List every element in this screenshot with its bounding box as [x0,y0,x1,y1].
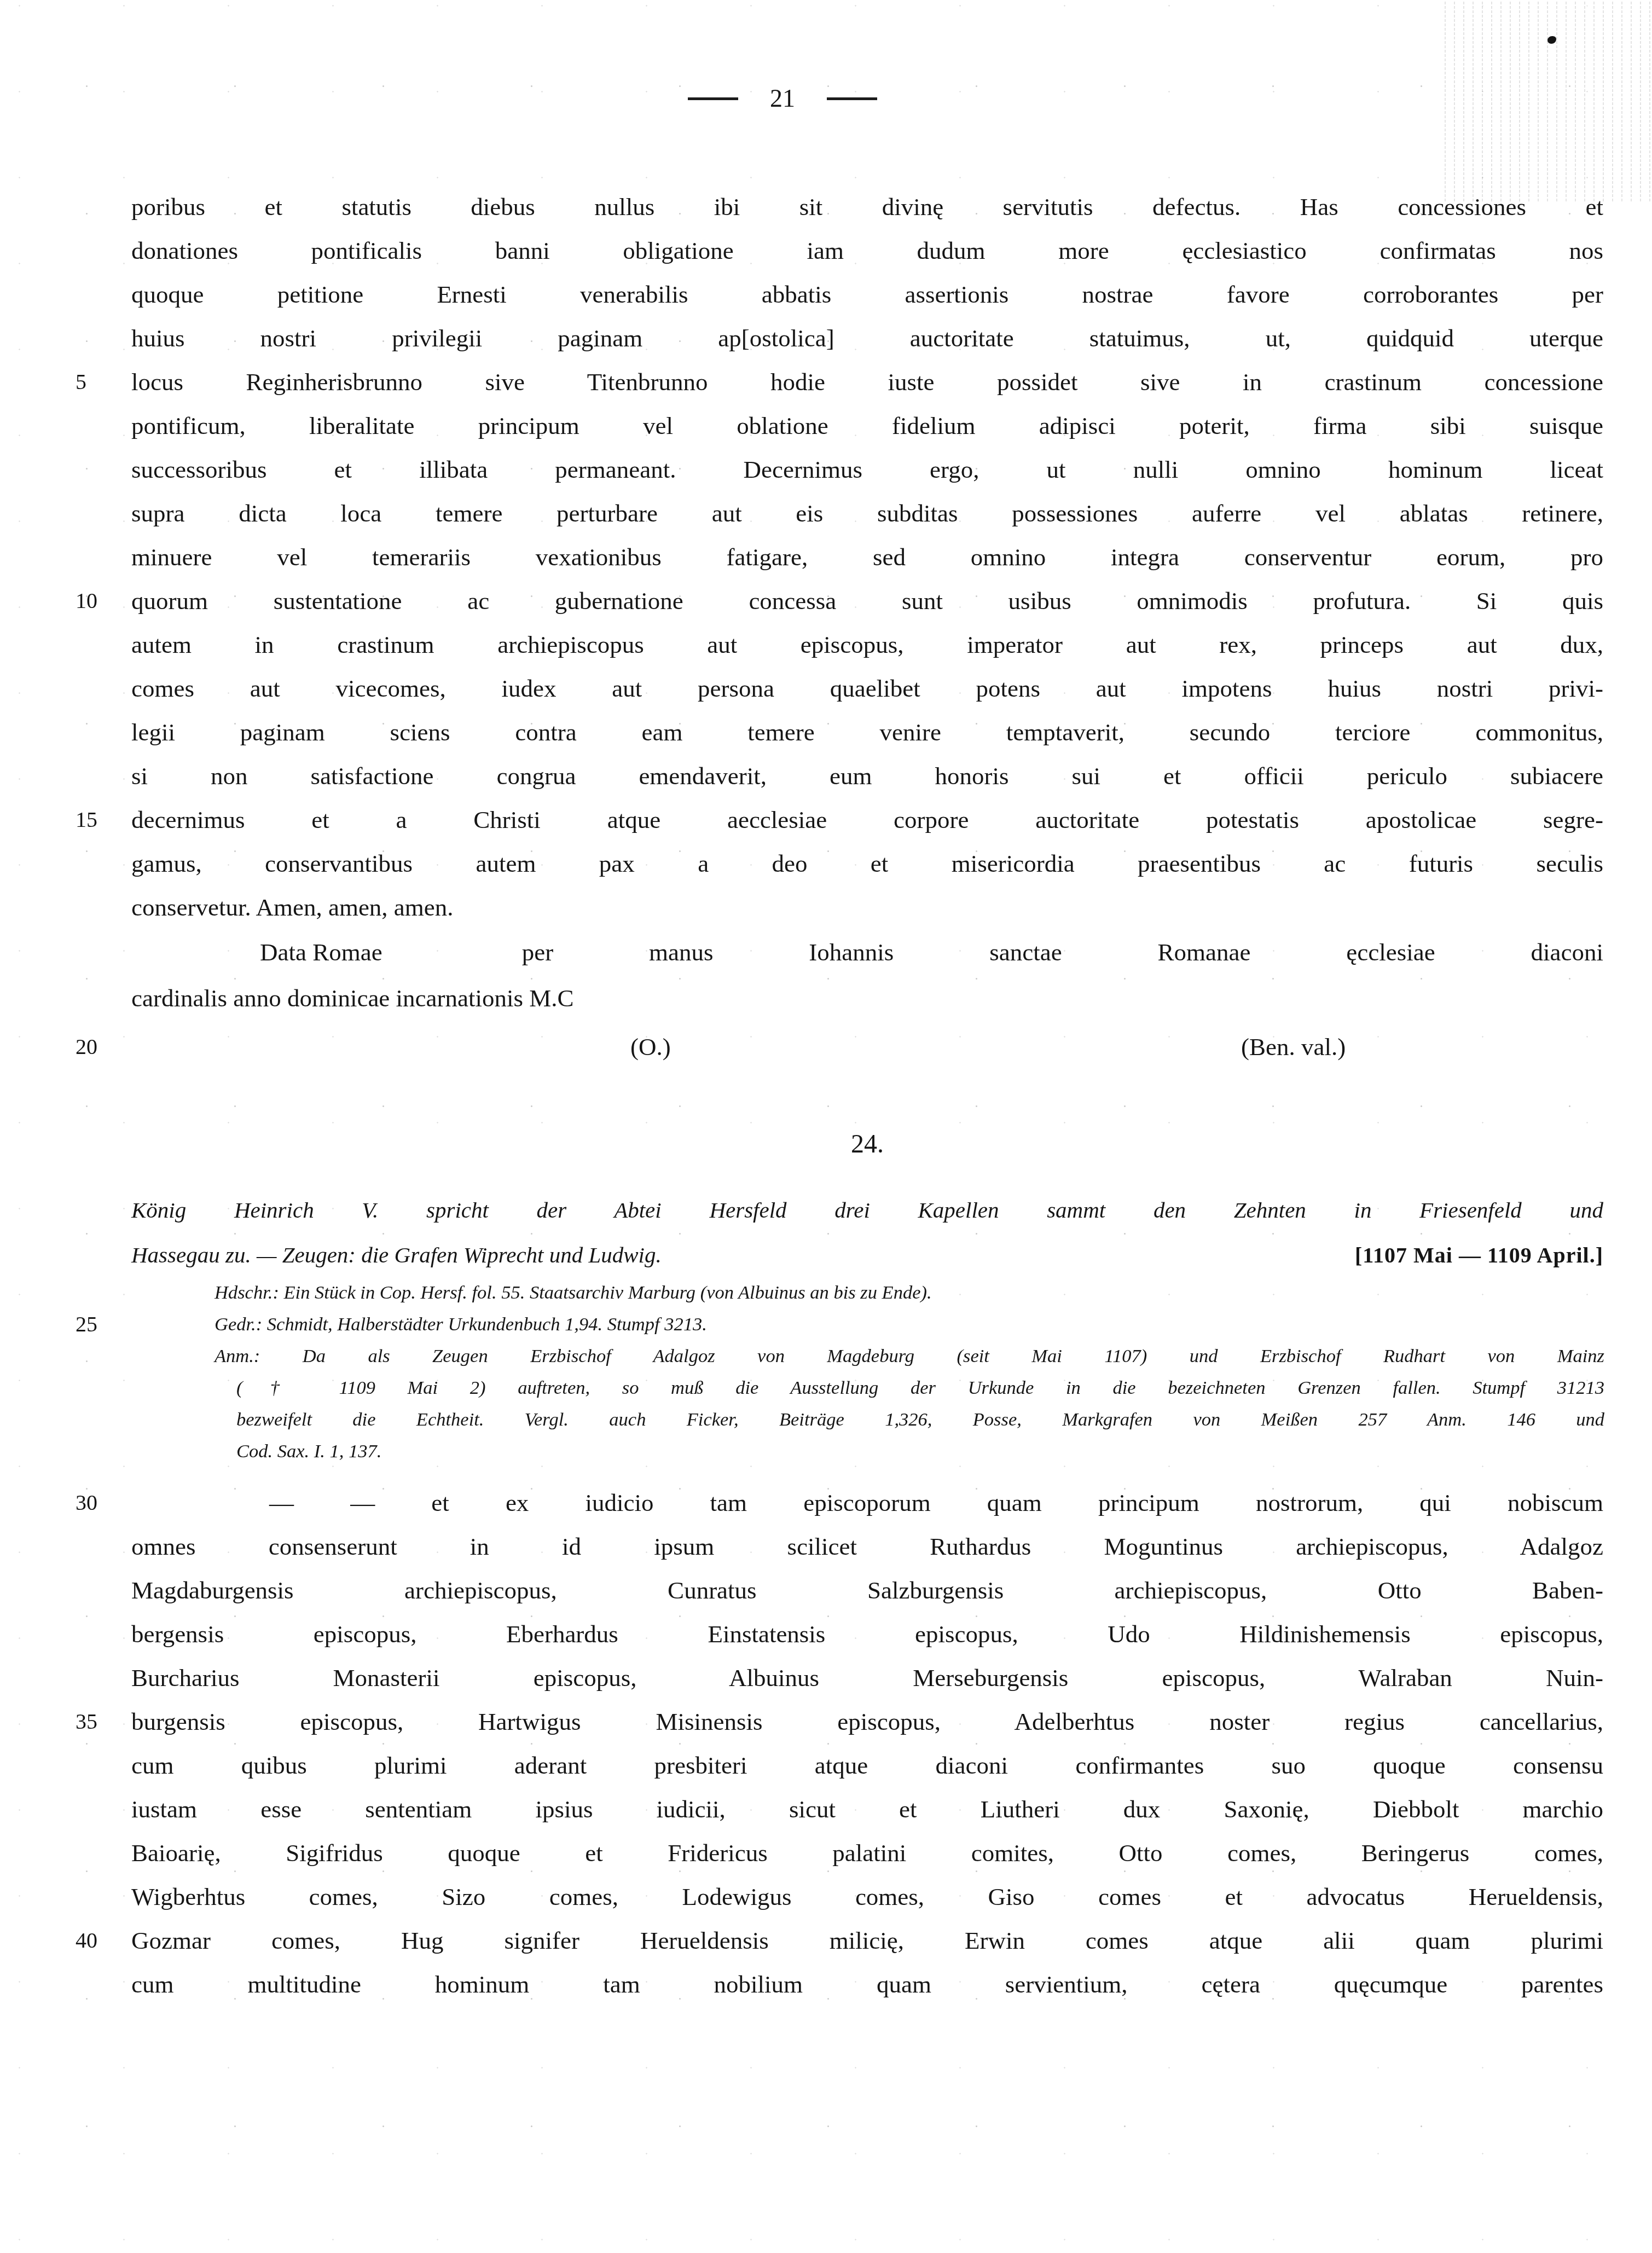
margin-line-number: 40 [76,1919,121,1962]
text-line: iustam esse sententiam ipsius iudicii, s… [131,1787,1603,1831]
line-text: cum multitudine hominum tam nobilium qua… [131,1971,1603,1998]
apparatus-line: Anm.: Da als Zeugen Erzbischof Adalgoz v… [215,1340,1604,1372]
datum-indent [131,929,260,975]
apparatus-line: 25 Gedr.: Schmidt, Halberstädter Urkunde… [215,1308,1604,1340]
line-text: poribus et statutis diebus nullus ibi si… [131,193,1603,221]
apparatus-line: bezweifelt die Echtheit. Vergl. auch Fic… [215,1404,1604,1435]
signature-line: 20 (O.) (Ben. val.) [131,1021,1603,1073]
margin-line-number: 35 [76,1700,121,1744]
datum-gap [382,929,522,975]
charter-24-regest: König Heinrich V. spricht der Abtei Hers… [131,1188,1603,1278]
apparatus-line: Hdschr.: Ein Stück in Cop. Hersf. fol. 5… [215,1277,1604,1308]
text-line: 10 quorum sustentatione ac gubernatione … [131,579,1603,623]
cardinalis-line: cardinalis anno dominicae incarnationis … [131,975,1603,1021]
bene-valete-mark: (Ben. val.) [1241,1021,1346,1073]
line-text: Gedr.: Schmidt, Halberstädter Urkundenbu… [215,1314,707,1335]
line-text: quorum sustentatione ac gubernatione con… [131,587,1603,615]
line-text: huius nostri privilegii paginam ap[ostol… [131,325,1603,352]
text-line: si non satisfactione congrua emendaverit… [131,754,1603,798]
text-line: huius nostri privilegii paginam ap[ostol… [131,316,1603,360]
text-line: Magdaburgensis archiepiscopus, Cunratus … [131,1568,1603,1612]
text-line: gamus, conservantibus autem pax a deo et… [131,842,1603,885]
scanned-book-page: 21 poribus et statutis diebus nullus ibi… [0,0,1652,2253]
header-rule-left [688,97,738,100]
charter-24-number: 24. [131,1121,1603,1168]
line-text: cum quibus plurimi aderant presbiteri at… [131,1752,1603,1779]
text-line: 40 Gozmar comes, Hug signifer Herueldens… [131,1919,1603,1962]
line-text: supra dicta loca temere perturbare aut e… [131,500,1603,527]
text-line: donationes pontificalis banni obligation… [131,229,1603,273]
margin-line-number: 5 [76,360,121,404]
text-line: quoque petitione Ernesti venerabilis abb… [131,273,1603,316]
margin-line-number: 15 [76,798,121,842]
header-rule-right [827,97,877,100]
text-line: comes aut vicecomes, iudex aut persona q… [131,667,1603,710]
regest-line: Hassegau zu. — Zeugen: die Grafen Wiprec… [131,1232,662,1277]
page-number: 21 [770,83,795,114]
line-text: iustam esse sententiam ipsius iudicii, s… [131,1796,1603,1823]
regest-line: König Heinrich V. spricht der Abtei Hers… [131,1188,1603,1232]
text-line: Baioarię, Sigifridus quoque et Fridericu… [131,1831,1603,1875]
line-text: Wigberhtus comes, Sizo comes, Lodewigus … [131,1883,1603,1910]
text-line: 35 burgensis episcopus, Hartwigus Misine… [131,1700,1603,1744]
text-line: omnes consenserunt in id ipsum scilicet … [131,1525,1603,1568]
text-line: 30 — — et ex iudicio tam episcoporum qua… [131,1481,1603,1525]
charter-date: [1107 Mai — 1109 April.] [1355,1233,1603,1278]
line-text: burgensis episcopus, Hartwigus Misinensi… [131,1708,1603,1735]
line-text: bezweifelt die Echtheit. Vergl. auch Fic… [236,1409,1604,1430]
text-line: legii paginam sciens contra eam temere v… [131,710,1603,754]
line-text: Cod. Sax. I. 1, 137. [236,1441,381,1462]
line-text: Hdschr.: Ein Stück in Cop. Hersf. fol. 5… [215,1282,932,1303]
text-line: Wigberhtus comes, Sizo comes, Lodewigus … [131,1875,1603,1919]
text-line: supra dicta loca temere perturbare aut e… [131,491,1603,535]
text-line: bergensis episcopus, Eberhardus Einstate… [131,1612,1603,1656]
charter-24-text-block: 30 — — et ex iudicio tam episcoporum qua… [131,1481,1603,2006]
charter-23-body: poribus et statutis diebus nullus ibi si… [131,185,1603,929]
line-text: Baioarię, Sigifridus quoque et Fridericu… [131,1839,1603,1867]
text-line: autem in crastinum archiepiscopus aut ep… [131,623,1603,667]
apparatus-line: († 1109 Mai 2) auftreten, so muß die Aus… [215,1372,1604,1404]
margin-line-number: 20 [76,1021,121,1073]
line-text: comes aut vicecomes, iudex aut persona q… [131,675,1603,702]
line-text: donationes pontificalis banni obligation… [131,237,1603,264]
text-line: successoribus et illibata permaneant. De… [131,448,1603,491]
line-text: bergensis episcopus, Eberhardus Einstate… [131,1620,1603,1648]
line-text: gamus, conservantibus autem pax a deo et… [131,850,1603,877]
ink-spot [1547,36,1556,44]
text-line: poribus et statutis diebus nullus ibi si… [131,185,1603,229]
text-line: 15 decernimus et a Christi atque aeccles… [131,798,1603,842]
text-line: cum quibus plurimi aderant presbiteri at… [131,1744,1603,1787]
line-text: pontificum, liberalitate principum vel o… [131,412,1603,439]
text-line: Burcharius Monasterii episcopus, Albuinu… [131,1656,1603,1700]
text-line: minuere vel temerariis vexationibus fati… [131,535,1603,579]
per-manus-text: per manus Iohannis sanctae Romanae ęccle… [522,929,1603,975]
line-text: decernimus et a Christi atque aecclesiae… [131,806,1603,833]
line-text: omnes consenserunt in id ipsum scilicet … [131,1533,1603,1560]
charter-23-text-block: poribus et statutis diebus nullus ibi si… [131,185,1603,1073]
line-text: autem in crastinum archiepiscopus aut ep… [131,631,1603,658]
datum-line: Data Romae per manus Iohannis sanctae Ro… [131,929,1603,975]
text-line: conservetur. Amen, amen, amen. [131,885,1603,929]
line-text: Magdaburgensis archiepiscopus, Cunratus … [131,1577,1603,1604]
line-text: legii paginam sciens contra eam temere v… [131,719,1603,746]
apparatus-line: Cod. Sax. I. 1, 137. [215,1435,1604,1467]
page-header: 21 [0,83,1565,114]
line-text: Anm.: Da als Zeugen Erzbischof Adalgoz v… [215,1346,1604,1366]
line-text: († 1109 Mai 2) auftreten, so muß die Aus… [236,1377,1604,1398]
margin-line-number: 25 [76,1308,121,1340]
charter-24-apparatus: Hdschr.: Ein Stück in Cop. Hersf. fol. 5… [215,1277,1604,1467]
data-romae-text: Data Romae [260,929,382,975]
regest-line-with-date: Hassegau zu. — Zeugen: die Grafen Wiprec… [131,1232,1603,1278]
line-text: si non satisfactione congrua emendaverit… [131,762,1603,790]
line-text: minuere vel temerariis vexationibus fati… [131,543,1603,571]
margin-line-number: 30 [76,1481,121,1525]
line-text: locus Reginherisbrunno sive Titenbrunno … [131,368,1603,396]
margin-line-number: 10 [76,579,121,623]
line-text: — — et ex iudicio tam episcoporum quam p… [269,1489,1603,1516]
line-text: cardinalis anno dominicae incarnationis … [131,984,574,1012]
line-text: quoque petitione Ernesti venerabilis abb… [131,281,1603,308]
line-text: Gozmar comes, Hug signifer Herueldensis … [131,1927,1603,1954]
text-line: cum multitudine hominum tam nobilium qua… [131,1962,1603,2006]
line-text: conservetur. Amen, amen, amen. [131,894,454,921]
text-line: pontificum, liberalitate principum vel o… [131,404,1603,448]
text-line: 5 locus Reginherisbrunno sive Titenbrunn… [131,360,1603,404]
line-text: Burcharius Monasterii episcopus, Albuinu… [131,1664,1603,1692]
line-text: successoribus et illibata permaneant. De… [131,456,1603,483]
rota-mark: (O.) [630,1021,671,1073]
